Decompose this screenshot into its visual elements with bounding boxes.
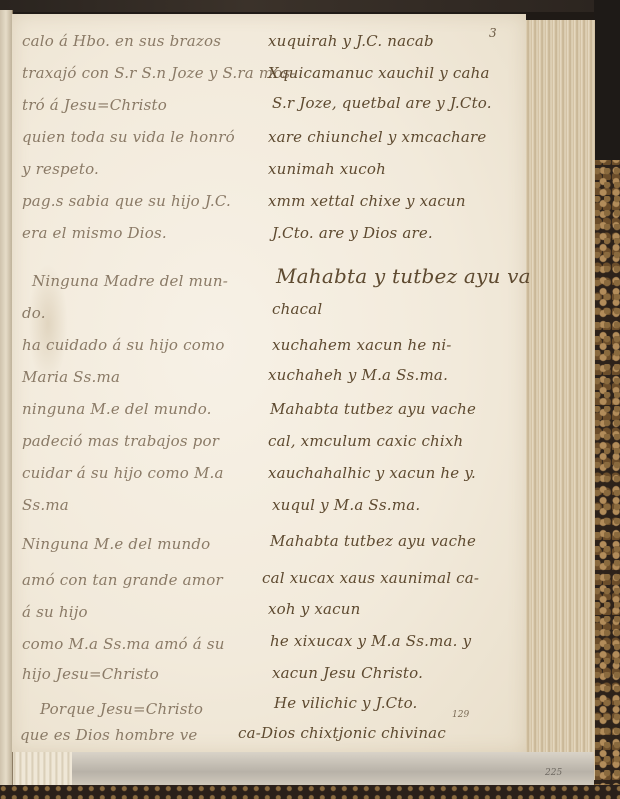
folio-number: 3 [489,26,497,40]
maya-line: chacal [272,300,322,318]
maya-line: xoh y xacun [268,600,361,618]
spanish-line: padeció mas trabajos por [22,432,219,450]
page-edges-bottom-left [10,752,72,785]
archive-stamp-number: 225 [545,768,562,778]
spanish-line: amó con tan grande amor [22,571,223,589]
maya-line: cal, xmculum caxic chixh [268,432,463,450]
marbled-cover-bottom [0,785,620,799]
spanish-line: do. [22,304,46,322]
maya-line: Mahabta tutbez ayu vache [270,532,476,550]
maya-line: he xixucax y M.a Ss.ma. y [270,632,471,650]
spanish-line: á su hijo [22,603,88,621]
spanish-line: ninguna M.e del mundo. [22,400,212,418]
spanish-line: quien toda su vida le honró [22,128,235,146]
spanish-line: era el mismo Dios. [22,224,167,242]
book-cover-corner [594,0,620,160]
spanish-line: cuidar á su hijo como M.a [22,464,224,482]
spanish-line: ha cuidado á su hijo como [22,336,225,354]
maya-line: ca-Dios chixtjonic chivinac [238,724,446,742]
maya-line: cal xucax xaus xaunimal ca- [262,569,479,587]
maya-line: S.r Joze, quetbal are y J.Cto. [272,94,492,112]
maya-line: xmm xettal chixe y xacun [268,192,466,210]
spanish-line: pag.s sabia que su hijo J.C. [22,192,231,210]
maya-line: xacun Jesu Christo. [272,664,423,682]
maya-line: J.Cto. are y Dios are. [272,224,433,242]
page-note-number: 129 [452,710,469,720]
maya-line: Xquicamanuc xauchil y caha [268,64,490,82]
maya-line-heading: Mahabta y tutbez ayu va [276,264,531,288]
spanish-line: Porque Jesu=Christo [40,700,203,718]
book-cover-top-edge [0,0,620,12]
spanish-line: Ninguna M.e del mundo [22,535,210,553]
spanish-line: Ss.ma [22,496,69,514]
spanish-line: hijo Jesu=Christo [22,665,159,683]
spanish-line: tró á Jesu=Christo [22,96,167,114]
maya-line: He vilichic y J.Cto. [274,694,418,712]
spanish-line: Ninguna Madre del mun- [32,272,228,290]
spanish-line: y respeto. [22,160,99,178]
spanish-line: calo á Hbo. en sus brazos [22,32,221,50]
page-edges-right [524,20,595,780]
maya-line: xuchaheh y M.a Ss.ma. [268,366,448,384]
maya-line: xuchahem xacun he ni- [272,336,452,354]
maya-line: Mahabta tutbez ayu vache [270,400,476,418]
maya-line: xuqul y M.a Ss.ma. [272,496,420,514]
maya-line: xunimah xucoh [268,160,386,178]
spanish-line: que es Dios hombre ve [20,726,197,744]
maya-line: xauchahalhic y xacun he y. [268,464,476,482]
spanish-line: traxajó con S.r S.n Joze y S.ra mos- [22,64,296,82]
maya-line: xare chiunchel y xmcachare [268,128,486,146]
maya-line: xuquirah y J.C. nacab [268,32,434,50]
page-edges-bottom [10,752,594,785]
spanish-line: Maria Ss.ma [22,368,120,386]
spanish-line: como M.a Ss.ma amó á su [22,635,225,653]
